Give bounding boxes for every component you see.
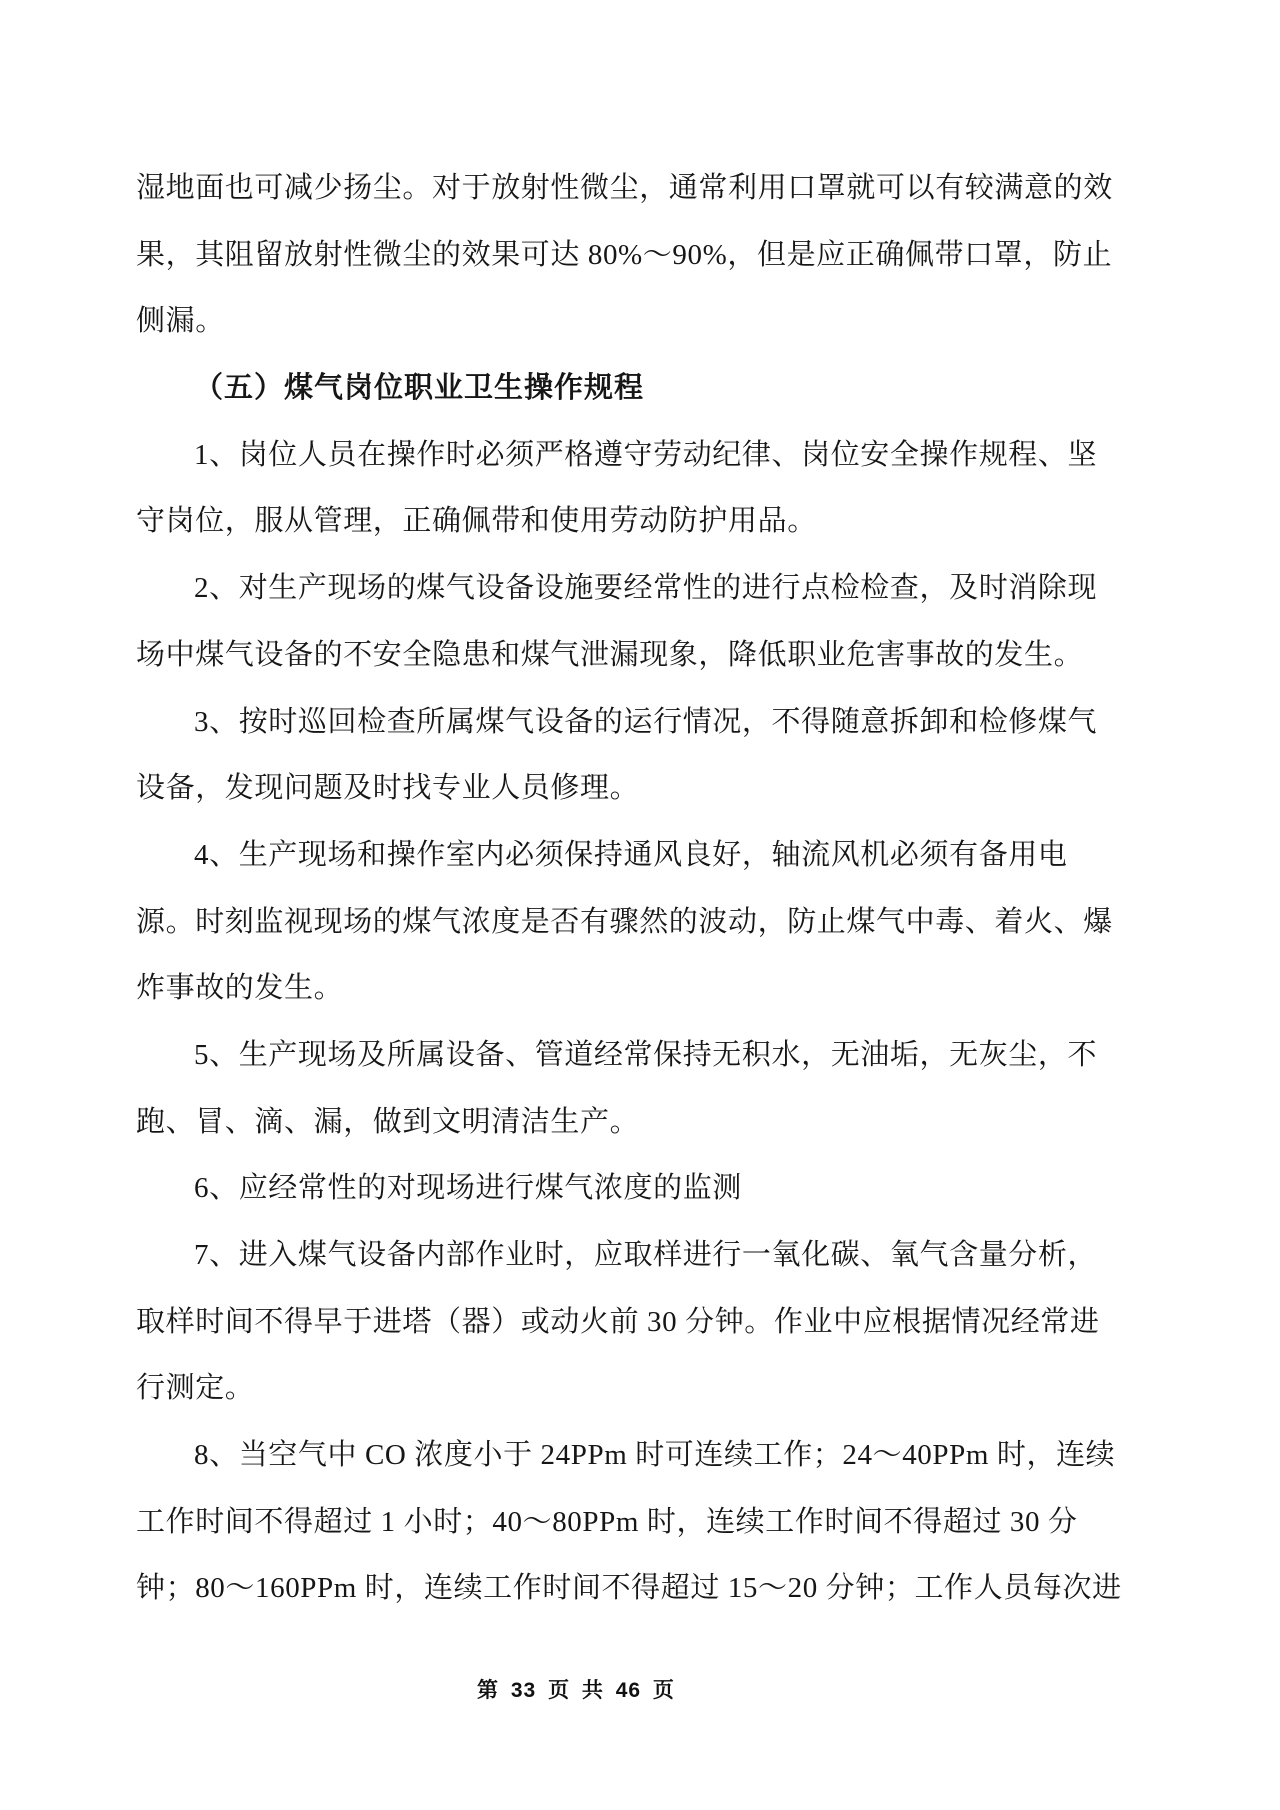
document-line: 果，其阻留放射性微尘的效果可达 80%～90%，但是应正确佩带口罩，防止: [136, 222, 1146, 289]
document-line: 2、对生产现场的煤气设备设施要经常性的进行点检检查，及时消除现: [136, 555, 1146, 622]
page-number-footer: 第 33 页 共 46 页: [0, 1676, 1152, 1706]
document-body: 湿地面也可减少扬尘。对于放射性微尘，通常利用口罩就可以有较满意的效 果，其阻留放…: [136, 155, 1146, 1622]
document-line: 工作时间不得超过 1 小时；40～80PPm 时，连续工作时间不得超过 30 分: [136, 1489, 1146, 1556]
document-line: 6、应经常性的对现场进行煤气浓度的监测: [136, 1155, 1146, 1222]
document-line: 场中煤气设备的不安全隐患和煤气泄漏现象，降低职业危害事故的发生。: [136, 622, 1146, 689]
document-line: 7、进入煤气设备内部作业时，应取样进行一氧化碳、氧气含量分析，: [136, 1222, 1146, 1289]
document-line: 5、生产现场及所属设备、管道经常保持无积水，无油垢，无灰尘，不: [136, 1022, 1146, 1089]
document-line: 3、按时巡回检查所属煤气设备的运行情况，不得随意拆卸和检修煤气: [136, 689, 1146, 756]
document-line: 侧漏。: [136, 288, 1146, 355]
document-line: 8、当空气中 CO 浓度小于 24PPm 时可连续工作；24～40PPm 时，连…: [136, 1422, 1146, 1489]
document-line: 守岗位，服从管理，正确佩带和使用劳动防护用品。: [136, 488, 1146, 555]
document-line: 1、岗位人员在操作时必须严格遵守劳动纪律、岗位安全操作规程、坚: [136, 422, 1146, 489]
document-line: 源。时刻监视现场的煤气浓度是否有骤然的波动，防止煤气中毒、着火、爆: [136, 889, 1146, 956]
document-line: 取样时间不得早于进塔（器）或动火前 30 分钟。作业中应根据情况经常进: [136, 1289, 1146, 1356]
document-line: 湿地面也可减少扬尘。对于放射性微尘，通常利用口罩就可以有较满意的效: [136, 155, 1146, 222]
document-line: 设备，发现问题及时找专业人员修理。: [136, 755, 1146, 822]
document-line: 跑、冒、滴、漏，做到文明清洁生产。: [136, 1089, 1146, 1156]
document-line: 4、生产现场和操作室内必须保持通风良好，轴流风机必须有备用电: [136, 822, 1146, 889]
document-line: 行测定。: [136, 1355, 1146, 1422]
document-page: 湿地面也可减少扬尘。对于放射性微尘，通常利用口罩就可以有较满意的效 果，其阻留放…: [0, 0, 1280, 1810]
document-line: 炸事故的发生。: [136, 955, 1146, 1022]
section-heading: （五）煤气岗位职业卫生操作规程: [136, 355, 1146, 422]
document-line: 钟；80～160PPm 时，连续工作时间不得超过 15～20 分钟；工作人员每次…: [136, 1555, 1146, 1622]
